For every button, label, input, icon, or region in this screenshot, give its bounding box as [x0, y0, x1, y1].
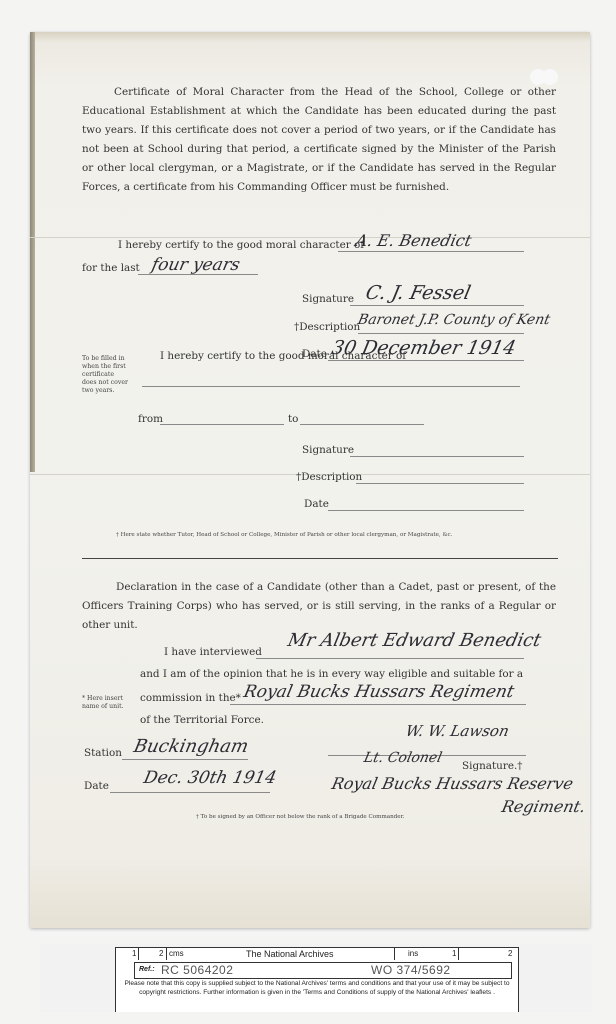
- second-date-line: [328, 510, 524, 511]
- certify-line: [338, 251, 524, 252]
- certify-label: I hereby certify to the good moral chara…: [118, 239, 364, 251]
- scale-cm-label: cms: [169, 949, 184, 958]
- officer-signature-name: W. W. Lawson: [404, 722, 511, 740]
- second-date-label: Date: [304, 498, 329, 510]
- interviewed-label: I have interviewed: [164, 646, 262, 658]
- interviewed-value: Mr Albert Edward Benedict: [286, 630, 543, 651]
- ref-value-right: WO 374/5692: [371, 963, 451, 977]
- signature-value: C. J. Fessel: [364, 282, 473, 304]
- fold-line: [30, 237, 590, 238]
- declaration-date-line: [110, 792, 270, 793]
- archive-footer: 1 2 cms The National Archives ins 1 2 Re…: [40, 944, 592, 1012]
- second-cert-side-note: To be filled in when the first certifica…: [82, 355, 130, 395]
- signature-line: [350, 305, 524, 306]
- scale-in-label: ins: [408, 949, 418, 958]
- copyright-notice: Please note that this copy is supplied s…: [120, 979, 514, 997]
- second-certify-line: [142, 386, 520, 387]
- officer-signature-label: Signature.†: [462, 760, 522, 772]
- second-certify-label: I hereby certify to the good moral chara…: [160, 350, 406, 362]
- commission-line: [230, 704, 526, 705]
- scale-cm-1: 1: [132, 949, 136, 958]
- officer-signature-rank: Lt. Colonel: [362, 750, 443, 766]
- certify-value: A. E. Benedict: [354, 231, 473, 250]
- scale-in-1: 1: [452, 949, 456, 958]
- declaration-date-value: Dec. 30th 1914: [142, 768, 278, 788]
- officer-unit-line2: Regiment.: [500, 797, 587, 816]
- section-divider: [82, 558, 558, 559]
- scale-in-2: 2: [508, 949, 512, 958]
- second-description-line: [356, 483, 524, 484]
- unit-side-note: * Here insert name of unit.: [82, 695, 126, 711]
- for-last-value: four years: [150, 255, 242, 275]
- declaration-date-label: Date: [84, 780, 109, 792]
- to-label: to: [288, 413, 298, 425]
- ref-value-left: RC 5064202: [161, 963, 233, 977]
- interviewed-line: [256, 658, 524, 659]
- paper-left-edge: [30, 32, 35, 472]
- national-archives-label: 1 2 cms The National Archives ins 1 2 Re…: [115, 947, 519, 1012]
- paper-top-edge: [30, 32, 590, 42]
- scale-tick: [166, 948, 167, 960]
- description-value: Baronet J.P. County of Kent: [356, 312, 551, 328]
- for-last-label: for the last: [82, 262, 140, 274]
- commission-label: commission in the*: [140, 692, 241, 704]
- intro-paragraph: Certificate of Moral Character from the …: [82, 83, 556, 197]
- station-label: Station: [84, 747, 122, 759]
- reference-box: Ref.: RC 5064202 WO 374/5692: [134, 962, 512, 979]
- ref-label: Ref.:: [139, 966, 155, 973]
- second-signature-label: Signature: [302, 444, 354, 456]
- declaration-heading: Declaration in the case of a Candidate (…: [82, 578, 556, 635]
- station-value: Buckingham: [132, 736, 251, 757]
- footnote-signature: † To be signed by an Officer not below t…: [196, 808, 404, 827]
- signature-label: Signature: [302, 293, 354, 305]
- officer-unit-line1: Royal Bucks Hussars Reserve: [330, 774, 575, 793]
- description-line: [358, 333, 524, 334]
- description-label: †Description: [294, 321, 360, 333]
- opinion-text: and I am of the opinion that he is in ev…: [140, 668, 523, 680]
- from-line: [160, 424, 284, 425]
- to-line: [300, 424, 424, 425]
- scale-tick: [138, 948, 139, 960]
- second-signature-line: [350, 456, 524, 457]
- document-page: Certificate of Moral Character from the …: [30, 32, 590, 928]
- territorial-text: of the Territorial Force.: [140, 714, 264, 726]
- scale-cm-2: 2: [159, 949, 163, 958]
- footnote-description: † Here state whether Tutor, Head of Scho…: [116, 526, 452, 545]
- station-line: [122, 759, 248, 760]
- scale-tick: [458, 948, 459, 960]
- commission-value: Royal Bucks Hussars Regiment: [242, 682, 516, 702]
- archive-title: The National Archives: [246, 949, 334, 959]
- second-description-label: †Description: [296, 471, 362, 483]
- scale-tick: [394, 948, 395, 960]
